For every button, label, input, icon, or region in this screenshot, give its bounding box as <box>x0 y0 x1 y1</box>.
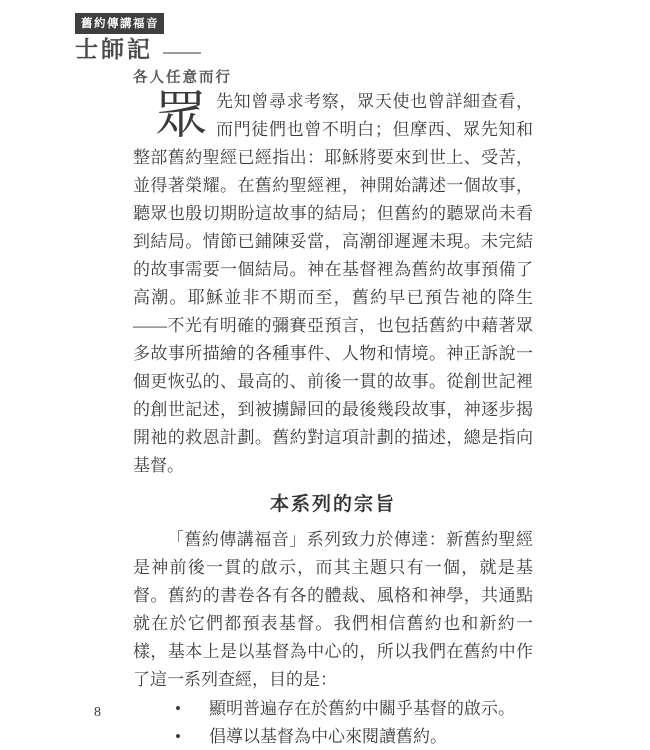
bullet-icon: • <box>175 723 209 750</box>
text-column: 眾先知曾尋求考察，眾天使也曾詳細查看，而門徒們也曾不明白；但摩西、眾先知和整部舊… <box>133 88 533 750</box>
drop-cap: 眾 <box>155 92 207 142</box>
list-item: • 顯明普遍存在於舊約中關乎基督的啟示。 <box>133 695 533 723</box>
series-badge: 舊約傳講福音 <box>75 13 164 34</box>
title-dash-rule <box>163 52 201 54</box>
purpose-bullet-list: • 顯明普遍存在於舊約中關乎基督的啟示。 • 倡導以基督為中心來閱讀舊約。 <box>133 695 533 750</box>
opening-paragraph-text: 先知曾尋求考察，眾天使也曾詳細查看，而門徒們也曾不明白；但摩西、眾先知和整部舊約… <box>133 92 533 475</box>
series-purpose-paragraph: 「舊約傳講福音」系列致力於傳達：新舊約聖經是神前後一貫的啟示，而其主題只有一個，… <box>133 526 533 694</box>
page-number: 8 <box>94 705 101 721</box>
book-subtitle: 各人任意而行 <box>133 66 232 87</box>
book-title: 士師記 <box>75 37 153 63</box>
section-heading: 本系列的宗旨 <box>133 491 533 519</box>
bullet-icon: • <box>175 695 209 723</box>
opening-paragraph: 眾先知曾尋求考察，眾天使也曾詳細查看，而門徒們也曾不明白；但摩西、眾先知和整部舊… <box>133 88 533 480</box>
bullet-text: 顯明普遍存在於舊約中關乎基督的啟示。 <box>209 695 533 723</box>
book-title-row: 士師記 <box>75 37 232 63</box>
book-page: 舊約傳講福音 士師記 各人任意而行 眾先知曾尋求考察，眾天使也曾詳細查看，而門徒… <box>0 0 650 750</box>
list-item: • 倡導以基督為中心來閱讀舊約。 <box>133 723 533 750</box>
running-head: 舊約傳講福音 士師記 各人任意而行 <box>75 13 232 87</box>
bullet-text: 倡導以基督為中心來閱讀舊約。 <box>209 723 533 750</box>
